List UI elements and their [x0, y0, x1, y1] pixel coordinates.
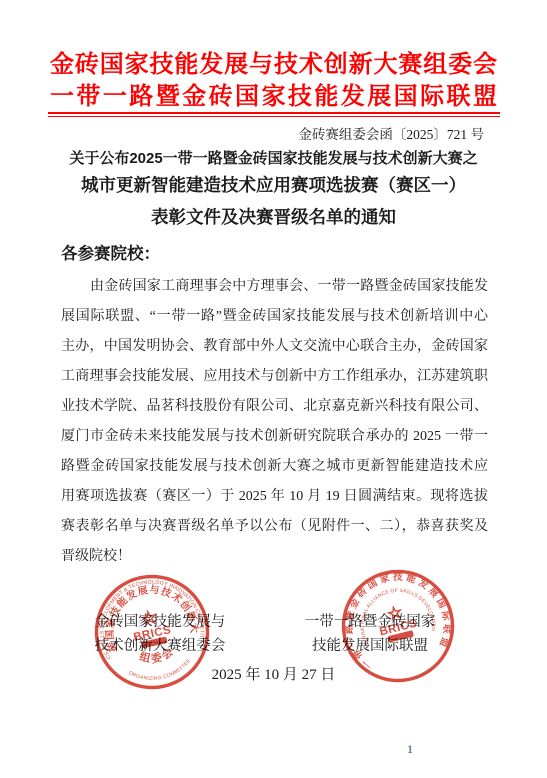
body-line: 用赛项选拔赛（赛区一）于 2025 年 10 月 19 日圆满结束。现将选拔: [61, 482, 488, 512]
document-date: 2025 年 10 月 27 日: [0, 665, 547, 685]
doc-title-line1: 关于公布2025一带一路暨金砖国家技能发展与技术创新大赛之: [0, 149, 547, 169]
body-line: 主办，中国发明协会、教育部中外人文交流中心联合主办，金砖国家: [61, 332, 488, 362]
seal-left-star-icon: [139, 608, 159, 627]
body-paragraph: 由金砖国家工商理事会中方理事会、一带一路暨金砖国家技能发 展国际联盟、“一带一路…: [61, 272, 488, 572]
body-line: 展国际联盟、“一带一路”暨金砖国家技能发展与技术创新培训中心: [61, 302, 488, 332]
reference-number: 金砖赛组委会函〔2025〕721 号: [200, 126, 484, 144]
alliance-seal-icon: 一带一路暨金砖国家技能发展国际联盟 INTERNATIONAL ALLIANCE…: [339, 567, 457, 685]
page-number: 1: [399, 742, 421, 757]
letterhead-org-line1: 金砖国家技能发展与技术创新大赛组委会: [50, 50, 497, 80]
committee-seal-icon: BRICS SKILLS DEVELOPMENT & TECHNOLOGY IN…: [92, 572, 212, 692]
seal-right-star-icon: [385, 603, 404, 622]
body-line: 厦门市金砖未来技能发展与技术创新研究院联合承办的 2025 一带一: [61, 422, 488, 452]
body-line: 业技术学院、品茗科技股份有限公司、北京嘉克新兴科技有限公司、: [61, 392, 488, 422]
salutation: 各参赛院校：: [61, 243, 160, 265]
doc-title-line2: 城市更新智能建造技术应用赛项选拔赛（赛区一）: [0, 172, 547, 198]
body-line: 由金砖国家工商理事会中方理事会、一带一路暨金砖国家技能发: [61, 272, 488, 302]
body-line: 赛表彰名单与决赛晋级名单予以公布（见附件一、二），恭喜获奖及: [61, 512, 488, 542]
doc-title-line3: 表彰文件及决赛晋级名单的通知: [0, 204, 547, 230]
letterhead-org-line2: 一带一路暨金砖国家技能发展国际联盟: [50, 82, 497, 112]
document-page: 金砖国家技能发展与技术创新大赛组委会 一带一路暨金砖国家技能发展国际联盟 金砖赛…: [0, 0, 547, 778]
body-line: 路暨金砖国家技能发展与技术创新大赛之城市更新智能建造技术应: [61, 452, 488, 482]
letterhead-double-rule: [48, 112, 500, 117]
body-line: 工商理事会技能发展、应用技术与创新中方工作组承办，江苏建筑职: [61, 362, 488, 392]
